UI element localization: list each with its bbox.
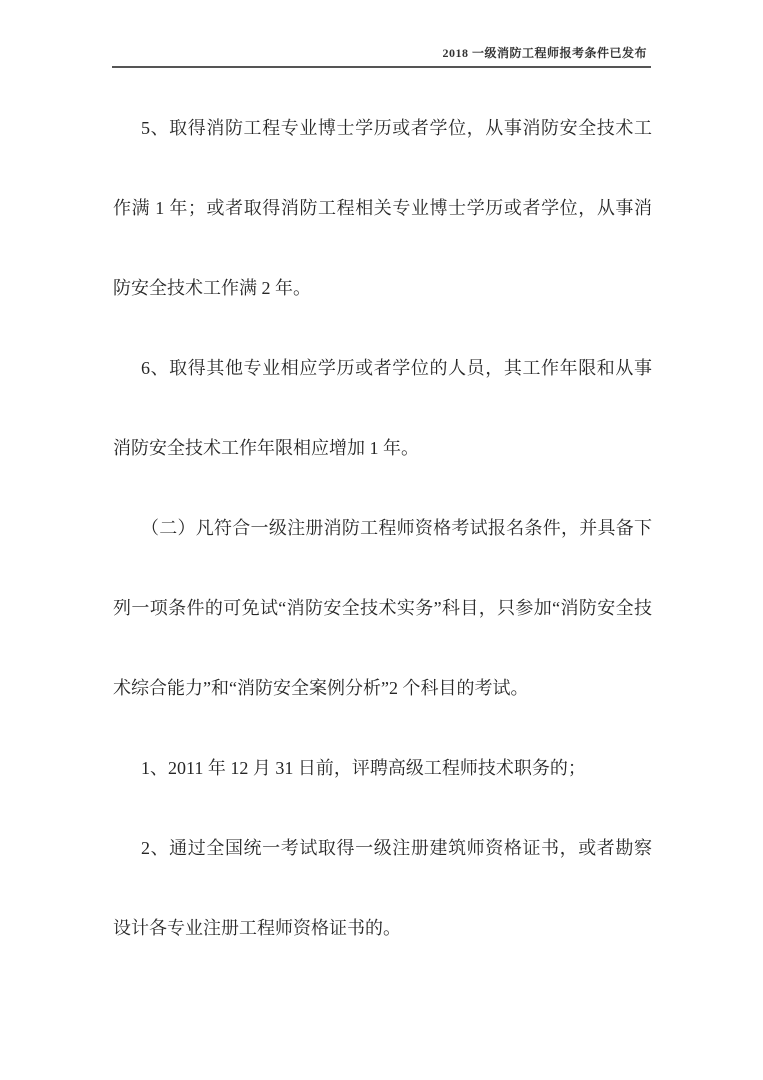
paragraph-exempt-item-1: 1、2011 年 12 月 31 日前，评聘高级工程师技术职务的；: [113, 728, 652, 808]
paragraph-exempt-item-2: 2、通过全国统一考试取得一级注册建筑师资格证书，或者勘察设计各专业注册工程师资格…: [113, 808, 652, 968]
paragraph-item-6: 6、取得其他专业相应学历或者学位的人员，其工作年限和从事消防安全技术工作年限相应…: [113, 328, 652, 488]
paragraph-item-5: 5、取得消防工程专业博士学历或者学位，从事消防安全技术工作满 1 年；或者取得消…: [113, 88, 652, 328]
document-page: 2018 一级消防工程师报考条件已发布 5、取得消防工程专业博士学历或者学位，从…: [0, 0, 763, 1080]
paragraph-section-2: （二）凡符合一级注册消防工程师资格考试报名条件，并具备下列一项条件的可免试“消防…: [113, 488, 652, 728]
header-title: 2018 一级消防工程师报考条件已发布: [112, 42, 651, 66]
page-header: 2018 一级消防工程师报考条件已发布: [112, 0, 651, 68]
document-body: 5、取得消防工程专业博士学历或者学位，从事消防安全技术工作满 1 年；或者取得消…: [113, 68, 652, 968]
